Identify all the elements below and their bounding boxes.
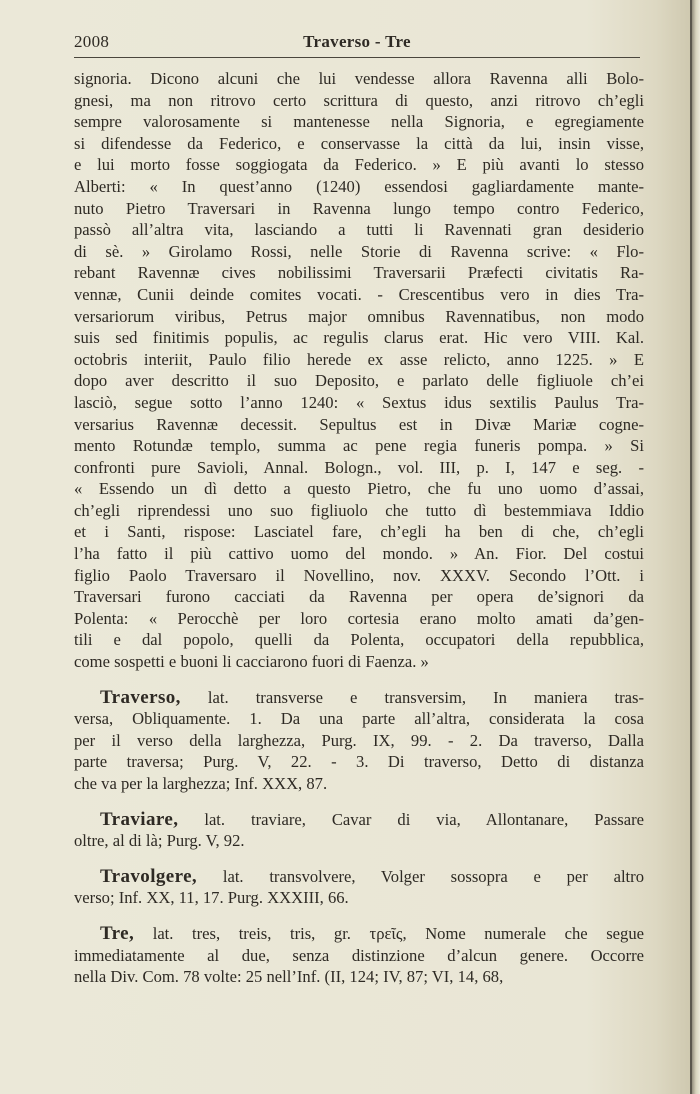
entry-travolgere: Travolgere, lat. transvolvere, Volger so… — [74, 866, 644, 909]
text-line: signoria. Dicono alcuni che lui vendesse… — [74, 68, 644, 90]
text-line: versa, Obliquamente. 1. Da una parte all… — [74, 708, 644, 730]
text-line: vennæ, Cunii deinde comites vocati. - Cr… — [74, 284, 644, 306]
text-line: sempre valorosamente si mantenesse nella… — [74, 111, 644, 133]
entry-tre: Tre, lat. tres, treis, tris, gr. τρεῖς, … — [74, 923, 644, 988]
running-title: Traverso - Tre — [74, 32, 640, 52]
body-text: signoria. Dicono alcuni che lui vendesse… — [74, 68, 644, 988]
text-line: versarius Ravennæ decessit. Sepultus est… — [74, 414, 644, 436]
text-line: suis sed finitimis populis, ac regulis c… — [74, 327, 644, 349]
text-line: versariorum viribus, Petrus major omnibu… — [74, 306, 644, 328]
text-line: figlio Paolo Traversaro il Novellino, no… — [74, 565, 644, 587]
text-line: mento Rotundæ templo, summa ac pene regi… — [74, 435, 644, 457]
text-line: parte traversa; Purg. V, 22. - 3. Di tra… — [74, 751, 644, 773]
definition-text: lat. traviare, Cavar di via, Allontanare… — [178, 810, 644, 829]
entry-traviare: Traviare, lat. traviare, Cavar di via, A… — [74, 809, 644, 852]
definition-text: lat. tres, treis, tris, gr. τρεῖς, Nome … — [134, 924, 644, 943]
entry-traverso: Traverso, lat. transverse e transversim,… — [74, 687, 644, 795]
text-line: Traverso, lat. transverse e transversim,… — [74, 687, 644, 709]
text-line: Polenta: « Perocchè per loro cortesia er… — [74, 608, 644, 630]
headword: Travolgere, — [100, 866, 197, 887]
text-line: per il verso della larghezza, Purg. IX, … — [74, 730, 644, 752]
text-line: Traviare, lat. traviare, Cavar di via, A… — [74, 809, 644, 831]
headword: Traverso, — [100, 687, 181, 708]
headword: Traviare, — [100, 809, 178, 830]
text-line: di sè. » Girolamo Rossi, nelle Storie di… — [74, 241, 644, 263]
text-line: si difendesse da Federico, e conservasse… — [74, 133, 644, 155]
text-line: l’ha fatto il più cattivo uomo del mondo… — [74, 543, 644, 565]
text-line: passò all’altra vita, lasciando a tutti … — [74, 219, 644, 241]
text-line: Travolgere, lat. transvolvere, Volger so… — [74, 866, 644, 888]
text-line: tili e dal popolo, quelli da Polenta, oc… — [74, 629, 644, 651]
header-rule — [74, 57, 640, 58]
text-line: nuto Pietro Traversari in Ravenna lungo … — [74, 198, 644, 220]
definition-text: lat. transvolvere, Volger sossopra e per… — [197, 867, 644, 886]
text-line: oltre, al di là; Purg. V, 92. — [74, 830, 644, 852]
text-line: Tre, lat. tres, treis, tris, gr. τρεῖς, … — [74, 923, 644, 945]
text-line: confronti pure Savioli, Annal. Bologn., … — [74, 457, 644, 479]
text-line: « Essendo un dì detto a questo Pietro, c… — [74, 478, 644, 500]
book-gutter-line — [690, 0, 692, 1094]
text-line: Alberti: « In quest’anno (1240) essendos… — [74, 176, 644, 198]
text-line: verso; Inf. XX, 11, 17. Purg. XXXIII, 66… — [74, 887, 644, 909]
text-line: dopo aver descritto il suo Deposito, e p… — [74, 370, 644, 392]
text-line: che va per la larghezza; Inf. XXX, 87. — [74, 773, 644, 795]
text-line: Traversari furono cacciati da Ravenna pe… — [74, 586, 644, 608]
text-line: octobris interiit, Paulo filio herede ex… — [74, 349, 644, 371]
definition-text: lat. transverse e transversim, In manier… — [181, 688, 644, 707]
page-header: 2008 Traverso - Tre — [74, 30, 640, 58]
continuation-paragraph: signoria. Dicono alcuni che lui vendesse… — [74, 68, 644, 673]
text-line: nella Div. Com. 78 volte: 25 nell’Inf. (… — [74, 966, 644, 988]
text-line: ch’egli riprendessi uno suo figliuolo ch… — [74, 500, 644, 522]
text-line: rebant Ravennæ cives nobilissimi Travers… — [74, 262, 644, 284]
text-line: e lui morto fosse soggiogata da Federico… — [74, 154, 644, 176]
text-line: lasciò, segue sotto l’anno 1240: « Sextu… — [74, 392, 644, 414]
text-line: immediatamente al due, senza distinzione… — [74, 945, 644, 967]
text-line: come sospetti e buoni li cacciarono fuor… — [74, 651, 644, 673]
text-line: et i Santi, rispose: Lasciatel fare, ch’… — [74, 521, 644, 543]
text-line: gnesi, ma non ritrovo certo scrittura di… — [74, 90, 644, 112]
headword: Tre, — [100, 923, 134, 944]
